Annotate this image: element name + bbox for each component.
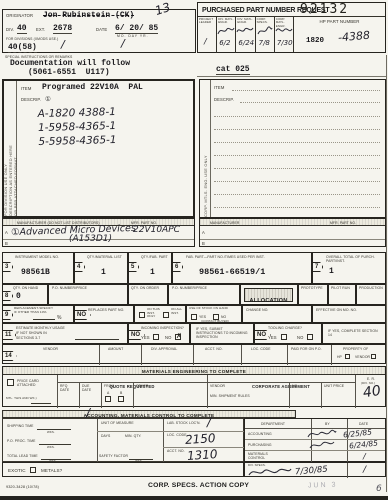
total-lead-time-label: TOTAL LEAD TIME (7, 454, 38, 458)
tooling-note-cell: IF YES, COMPLETE SECTION 14 (322, 323, 386, 344)
row-a-label: A (202, 230, 205, 235)
mfr-part-no-header: MFR. PART NO. (330, 221, 356, 225)
allocation-label: ALLOCATION (250, 298, 288, 304)
field-label: PROTOTYPE (301, 286, 323, 290)
for-divisions-value: 40(58) (8, 43, 37, 53)
note-text: IF YES, COMPLETE SECTION 14 (328, 329, 380, 337)
vendor-label: VENDOR (355, 355, 370, 359)
signature-scribble (248, 467, 292, 477)
x-mark: ✗ (176, 335, 180, 339)
field-label: ESTIMATE MONTHLY USAGE (16, 326, 65, 330)
originator-box: ORIGINATOR Jon Rubinstein (CK) 13 DIV. 4… (2, 9, 196, 53)
from-b-checkbox (118, 396, 124, 402)
checkbox-label: ON ALL INST. (171, 308, 184, 315)
side-note-line: DESCRIPTION AS ENTERED HERE (8, 81, 13, 216)
field-number-tag: 7 (312, 262, 323, 272)
div-specs-date-slash: / (363, 465, 366, 475)
signature-scribble (257, 26, 273, 36)
item-value-typed: Programed 22V10A PAL (42, 83, 143, 92)
originator-label: ORIGINATOR (6, 13, 33, 18)
row-b-label: B (202, 241, 205, 246)
approval-col-label: CORP. SPECS. (257, 18, 274, 25)
on-all-inst-checkbox (163, 312, 169, 318)
field-value: 0 (16, 292, 21, 301)
checkbox-label: ON THIS INST. ONLY (147, 308, 160, 319)
field-label: PILOT RUN (331, 286, 350, 290)
field-qty-on-hand: 8 QTY. ON HAND 0 (2, 284, 48, 305)
field-number-tag: 5 (128, 262, 139, 272)
corporate-agreement-header: CORPORATE AGREEMENT (207, 375, 355, 383)
date-value: 6/ 20/ 85 (115, 24, 158, 34)
field-label: IF NOT SHOWN IN (16, 331, 47, 335)
field-value: 1 (329, 267, 334, 276)
approval-col: DIV. MATL. ENGR. 6/2 (217, 17, 236, 53)
shipping-time-label: SHIPPING TIME (7, 424, 33, 428)
remarks-line2: (5061-6551 U117) (28, 68, 110, 77)
field-use-of-stock: USE OF STOCK ON HAND YES NO (CONTACT BUY… (186, 305, 242, 323)
from-label: FROM (104, 384, 114, 388)
manufacturer-box-right: MANUFACTURER MFR. PART NO. A B (199, 218, 386, 247)
field-label: P.O. NUMBER/PRICE (172, 286, 207, 290)
field-number-tag: 4 (74, 262, 85, 272)
lab-stock-label: LAB. STOCK LOC'N. (167, 421, 201, 425)
days-label: DAYS (101, 434, 110, 438)
department-header: DEPARTMENT (261, 422, 285, 426)
field-inst-checkboxes: ON THIS INST. ONLY ON ALL INST. (134, 305, 186, 323)
field-value: 1 (101, 268, 106, 277)
no-label: NO. (292, 384, 298, 388)
div-specs-date: 7/30/85 (295, 465, 329, 478)
approval-date: 6/24 (238, 39, 254, 47)
signature-scribble (307, 429, 337, 439)
field-label: IF OTHER THAN 10% (14, 311, 46, 315)
field-replaces-part-no: NO REPLACES PART NO. (74, 305, 134, 323)
originator-name: Jon Rubinstein (CK) (43, 11, 134, 20)
hp-part-number-typed: 1820 (306, 37, 324, 45)
accounting-left-grid: SHIPPING TIME WKS. P.O. PROC. TIME WKS. … (2, 418, 244, 462)
accounting-header-band: ACCOUNTING, MATERIALS CONTROL TO COMPLET… (2, 410, 296, 418)
field-label: EFFECTIVE ON MO. NO. (316, 308, 357, 312)
hp-part-number-label: HP PART NUMBER (294, 19, 385, 24)
descrip-label: DESCRIP. (21, 97, 41, 102)
tooling-no-checkbox (307, 334, 313, 340)
stock-yes-checkbox (191, 314, 197, 320)
col-label-amount: AMOUNT (108, 347, 123, 351)
allocation-stamp: ALLOCATION (244, 288, 293, 302)
mfr-part-note-handwritten: (A153D1) (69, 234, 112, 244)
property-vendor-checkbox (371, 354, 376, 359)
field-number-tag: 3 (2, 262, 13, 272)
col-label-property-of: PROPERTY OF (343, 347, 368, 351)
corporate-agreement-label: CORPORATE AGREEMENT (252, 384, 310, 389)
hp-part-number-handwritten: -4388 (337, 29, 370, 45)
date-label: DATE (96, 27, 107, 32)
inspection-note-cell: IF YES, SUBMIT INSTRUCTIONS TO INCOMING … (190, 323, 254, 344)
signature-scribble (275, 25, 293, 35)
field-label: QTY. ON ORDER (131, 286, 165, 290)
no-label: NO (297, 335, 303, 340)
field-value: 98561B (21, 268, 50, 277)
ext-value: 2678 (53, 24, 72, 34)
descrip-label: DESCRIP. (214, 97, 234, 102)
field-tooling-charge: NO TOOLING CHARGE? YES NO (254, 323, 322, 344)
field-label: OVERALL TOTAL OF PURCH. PART/INST. (326, 255, 384, 263)
mtl-note-label: MTL. THIS AND WK.) (6, 397, 37, 401)
safety-factor-label: SAFETY FACTOR (99, 454, 128, 458)
description-handwritten: A-1820 4388-1 1-5958-4365-1 5-5958-4365-… (37, 105, 116, 149)
acct-no-label: ACCT. NO. (167, 449, 185, 453)
section-header: ACCOUNTING, MATERIALS CONTROL TO COMPLET… (3, 411, 295, 418)
field-instrument-model: 3 INSTRUMENT MODEL NO. 98561B (2, 252, 74, 284)
department-table: DEPARTMENT BY DATE ACCOUNTING 6/25/85 PU… (244, 418, 386, 462)
col-label-vendor: VENDOR (43, 347, 58, 351)
item-label: ITEM (21, 86, 31, 91)
unit-of-measure-label: UNIT OF MEASURE (101, 421, 134, 425)
col-label-div-approval: DIV. APPROVAL (151, 347, 177, 351)
field-incoming-inspection: NO INCOMING INSPECTION? YES NO ✗ (128, 323, 190, 344)
field-po-number-price-1: P.O. NUMBER/PRICE (48, 284, 128, 305)
approval-col: CORP. SPECS. 7/8 (256, 17, 275, 53)
yes-label: YES (268, 335, 277, 340)
field-label: REPLACES PART NO. (88, 308, 124, 312)
field-number-tag: 9 (2, 310, 13, 320)
field-number-tag: 11 (2, 330, 16, 340)
field-label: INCOMING INSPECTION? (141, 326, 184, 330)
field-label: P.O. NUMBER/PRICE (52, 286, 87, 290)
field-qty-on-order: QTY. ON ORDER (128, 284, 168, 305)
due-date-label: DUE DATE (82, 384, 98, 392)
request-number: 92132 (300, 2, 349, 17)
field-number-tag: 8 (2, 291, 13, 301)
approval-col: PROJECT LEADER / (198, 17, 217, 53)
signature-scribble (309, 440, 335, 450)
signature-date: 6/25/85 (343, 428, 373, 440)
side-note-line: OR PER ATTACHED FORMAT (13, 81, 18, 216)
field-effective-on: EFFECTIVE ON MO. NO. (312, 305, 386, 323)
field-label: INSTRUMENT MODEL NO. (15, 255, 71, 259)
price-card-checkbox (7, 379, 14, 386)
manufacturer-header: MANUFACTURER (210, 221, 239, 225)
field-change-no: CHANGE NO. (242, 305, 312, 323)
prototype-cell: PROTOTYPE (298, 284, 328, 305)
descrip-ref-number: ① (45, 95, 51, 103)
field-monthly-usage: 11 ESTIMATE MONTHLY USAGE IF NOT SHOWN I… (2, 323, 128, 344)
field-label: SECTIONS 3-7 (16, 336, 40, 340)
col-label-acct-no: ACCT. NO. (205, 347, 223, 351)
approval-col-label: PROJECT LEADER (199, 18, 216, 25)
manufacturer-header-band: MANUFACTURER MFR. PART NO. (200, 219, 385, 226)
field-number-tag: 6 (172, 262, 183, 272)
dept-row-label: PURCHASING (248, 443, 272, 447)
div-label: DIV. (6, 27, 14, 32)
description-line: 5-5958-4365-1 (38, 133, 117, 149)
row-b-label: B (5, 241, 8, 246)
approval-col: CORP. MATL. ENGR. 7/30 (275, 17, 293, 53)
ext-label: EXT. (36, 27, 45, 32)
signature-date: 6/24/85 (349, 439, 379, 451)
item-box-division: FOR DIVISION USE ONLY DESCRIPTION AS ENT… (2, 79, 195, 218)
no-label: NO (165, 335, 171, 340)
approval-date: / (204, 37, 207, 46)
field-number-tag: 14 (2, 351, 17, 361)
side-note-line: FOR DIVISION USE ONLY (3, 81, 8, 216)
note-text: IF YES, SUBMIT INSTRUCTIONS TO INCOMING … (196, 327, 248, 339)
signature-scribble (236, 25, 254, 35)
approval-col-label: DIV. MATL. ENGR. (237, 18, 254, 25)
mfr-part-handwritten: 22V10APC (133, 225, 180, 235)
rfq-date-label: RFQ DATE (60, 384, 76, 392)
catalog-note: cat 025 (216, 65, 250, 75)
exotic-metals-checkbox (30, 467, 36, 473)
manufacturer-box-left: MANUFACTURER (DO NOT LIST DISTRIBUTORS) … (2, 218, 195, 247)
production-cell: PRODUCTION (356, 284, 386, 305)
for-divisions-label: FOR DIVISIONS (XMODS USE.) (6, 37, 58, 41)
stray-slash-mark: / (61, 38, 65, 51)
scan-bottom-edge (0, 496, 388, 500)
div-value: 40 (17, 24, 27, 34)
price-card-label: PRICE CARD ATTACHED (17, 379, 47, 387)
title-approvals-box: PURCHASED PART NUMBER REQUEST 92132 PROJ… (197, 2, 386, 53)
signature-scribble (217, 26, 235, 36)
quote-requested-header: QUOTE REQUESTED (57, 375, 207, 383)
field-14-vendor-row: 14 VENDOR AMOUNT DIV. APPROVAL ACCT. NO.… (2, 344, 386, 364)
row-a-label: A (5, 230, 8, 235)
percent-sign: % (57, 315, 62, 321)
field-label: QTY. ON HAND (13, 286, 47, 290)
from-b-label: B (120, 391, 122, 395)
div-specs-row: DIV. SPECS. 7/30/85 / (244, 462, 386, 477)
er-value-handwritten: 40 (362, 383, 382, 401)
pilot-run-cell: PILOT RUN (328, 284, 356, 305)
form-number: 9320-3428 (10/78) (6, 485, 39, 490)
by-header: BY (325, 422, 330, 426)
item-box-corp: CORP. MTLS. ENG. USE ONLY ITEM DESCRIP. (199, 79, 386, 218)
vendor-label: VENDOR (210, 384, 225, 388)
other-label: OTHER (136, 384, 148, 388)
dept-row-label: ACCOUNTING (248, 432, 272, 436)
page-mark-handwritten: 6 (376, 484, 382, 494)
approval-date: 7/30 (277, 39, 293, 47)
col-label-paid-on-po: PAID FOR ON P.O. (291, 347, 322, 351)
divider-line (197, 76, 386, 77)
field-po-number-price-2: P.O. NUMBER/PRICE (168, 284, 240, 305)
field-label: PRODUCTION (359, 286, 383, 290)
scan-edge-line (386, 55, 387, 492)
margin-note-handwritten: 13 (153, 0, 172, 18)
inspection-yes-checkbox (153, 334, 159, 340)
wks-label: WKS. (47, 446, 55, 449)
exotic-label: EXOTIC (8, 468, 26, 474)
acct-no-value-handwritten: 1310 (187, 447, 218, 463)
stray-slash-mark: / (207, 415, 211, 429)
from-a-checkbox (105, 396, 111, 402)
yes-label: YES (141, 335, 150, 340)
remarks-line1: Documentation will follow (10, 59, 130, 68)
inspection-no-checkbox: ✗ (175, 334, 181, 340)
stray-slash-mark: / (121, 37, 125, 50)
from-a-label: A (107, 391, 109, 395)
side-note-corp: CORP. MTLS. ENG. USE ONLY (200, 80, 211, 217)
side-note-division: FOR DIVISION USE ONLY DESCRIPTION AS ENT… (4, 81, 17, 216)
on-this-inst-checkbox (139, 312, 145, 318)
allocation-cell: ALLOCATION (240, 284, 298, 305)
property-hp-checkbox (345, 354, 350, 359)
field-value: 1 (150, 268, 155, 277)
section-header: MATERIALS ENGINEERING TO COMPLETE (3, 367, 385, 374)
approval-col-label: DIV. MATL. ENGR. (218, 18, 235, 25)
field-label: QTY./FAB. PART (141, 255, 171, 259)
field-qty-fab-part: 5 QTY./FAB. PART 1 (128, 252, 172, 284)
field-label: FAB. PART—PART NO./TIMES USED PER INST. (186, 255, 306, 259)
received-date-stamp: JUN 3 (308, 481, 338, 489)
scanned-form-page: ORIGINATOR Jon Rubinstein (CK) 13 DIV. 4… (0, 0, 388, 500)
hp-part-number-cell: HP PART NUMBER 1820 -4388 (293, 16, 385, 52)
field-replacement-pct: 9 REPLACEMENT-SPECIFY IF OTHER THAN 10% … (2, 305, 74, 323)
field-label: TOOLING CHARGE? (268, 326, 302, 330)
item-label: ITEM (214, 85, 224, 90)
materials-engineering-header-band: MATERIALS ENGINEERING TO COMPLETE (3, 367, 385, 375)
tooling-yes-checkbox (281, 334, 287, 340)
field-label: QTY./MATERIAL LIST (87, 255, 127, 259)
approval-date: 7/8 (259, 39, 270, 47)
hp-label: HP (337, 355, 342, 359)
field-fab-part-number: 6 FAB. PART—PART NO./TIMES USED PER INST… (172, 252, 312, 284)
approval-date: 6/2 (219, 39, 230, 47)
loc-code-value-handwritten: 2150 (185, 431, 216, 447)
metals-label: METALS? (41, 468, 62, 474)
approval-grid: PROJECT LEADER / DIV. MATL. ENGR. 6/2 DI… (198, 16, 293, 53)
exotic-metals-box: EXOTIC METALS? (2, 462, 244, 477)
wks-label: WKS. (47, 431, 55, 434)
approval-col: DIV. MATL. ENGR. 6/24 (236, 17, 255, 53)
field-value: 98561-66519/1 (199, 267, 265, 277)
min-qty-label: MIN. QTY. (125, 434, 141, 438)
copy-designation: CORP. SPECS. ACTION COPY (148, 482, 249, 489)
field-label: USE OF STOCK ON HAND (189, 307, 228, 311)
side-note-line: CORP. MTLS. ENG. USE ONLY (203, 80, 208, 217)
dept-row-label: MATERIALS CONTROL (248, 452, 282, 460)
date-header: DATE (359, 422, 368, 426)
field-label: CHANGE NO. (246, 308, 268, 312)
materials-engineering-section: MATERIALS ENGINEERING TO COMPLETE PRICE … (2, 366, 386, 407)
min-shipment-label: MIN. SHIPMENT RULES (210, 394, 250, 398)
field-overall-total: 7 OVERALL TOTAL OF PURCH. PART/INST. 1 (312, 252, 386, 284)
col-label-loc-code: LOC. CODE (251, 347, 271, 351)
po-proc-time-label: P.O. PROC. TIME (7, 439, 36, 443)
field-qty-material-list: 4 QTY./MATERIAL LIST 1 (74, 252, 128, 284)
signature-date: / (363, 452, 366, 461)
unit-price-label: UNIT PRICE (324, 384, 344, 388)
